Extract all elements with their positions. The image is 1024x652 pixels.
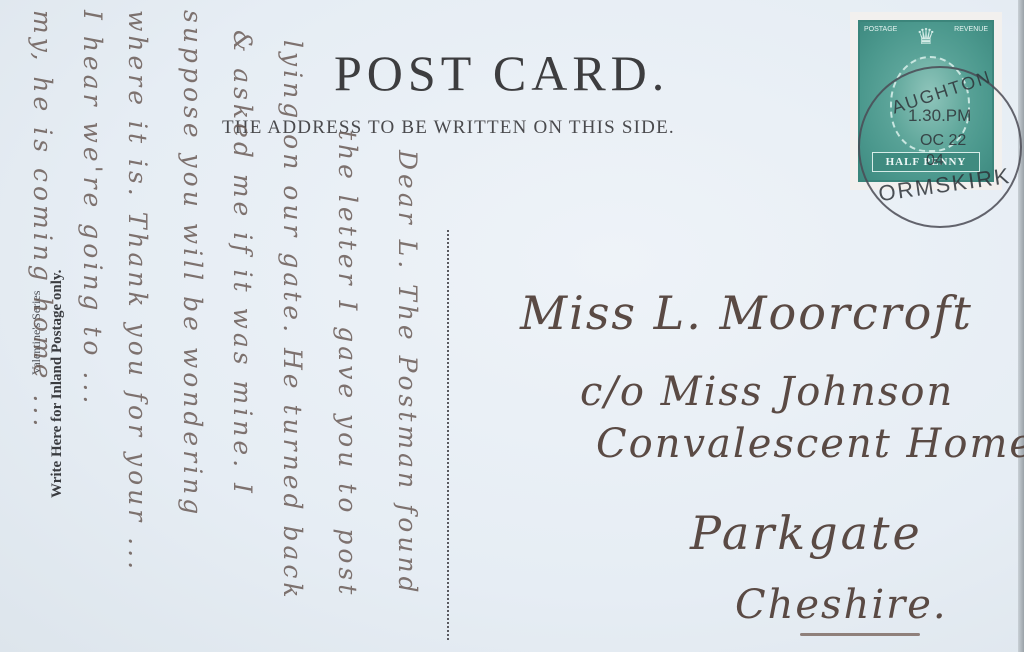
county-underline bbox=[800, 633, 920, 636]
address-recipient: Miss L. Moorcroft bbox=[520, 290, 973, 336]
postmark-year: 04 bbox=[926, 152, 944, 170]
card-edge bbox=[1018, 0, 1024, 652]
address-institution: Convalescent Home bbox=[596, 424, 1024, 464]
message-line: & asked me if it was mine. I bbox=[230, 30, 255, 497]
address-town: Parkgate bbox=[690, 510, 923, 556]
postmark-town-bottom: ORMSKIRK bbox=[877, 163, 1013, 207]
stamp-revenue-label: REVENUE bbox=[954, 26, 988, 33]
address-care-of: c/o Miss Johnson bbox=[580, 372, 954, 412]
postcard-back: POST CARD. THE ADDRESS TO BE WRITTEN ON … bbox=[0, 0, 1024, 652]
postmark-time: 1.30.PM bbox=[908, 106, 971, 126]
message-line: Dear L. The Postman found bbox=[395, 150, 420, 597]
dotted-divider bbox=[447, 230, 449, 640]
message-line: lying on our gate. He turned back bbox=[280, 40, 305, 602]
message-line: suppose you will be wondering bbox=[180, 10, 205, 518]
stamp-postage-label: POSTAGE bbox=[864, 26, 897, 33]
address-county: Cheshire. bbox=[735, 585, 948, 625]
message-line: my, he is coming home ... bbox=[30, 10, 55, 430]
message-line: I hear we're going to ... bbox=[80, 10, 105, 407]
postmark-date: OC 22 bbox=[920, 132, 966, 150]
message-line: where it is. Thank you for your ... bbox=[125, 10, 150, 573]
postmark-cancellation: AUGHTON 1.30.PM OC 22 04 ORMSKIRK bbox=[858, 66, 1022, 228]
postcard-title: POST CARD. bbox=[334, 48, 669, 98]
message-line: the letter I gave you to post bbox=[335, 130, 360, 598]
crown-icon: ♛ bbox=[916, 24, 936, 50]
